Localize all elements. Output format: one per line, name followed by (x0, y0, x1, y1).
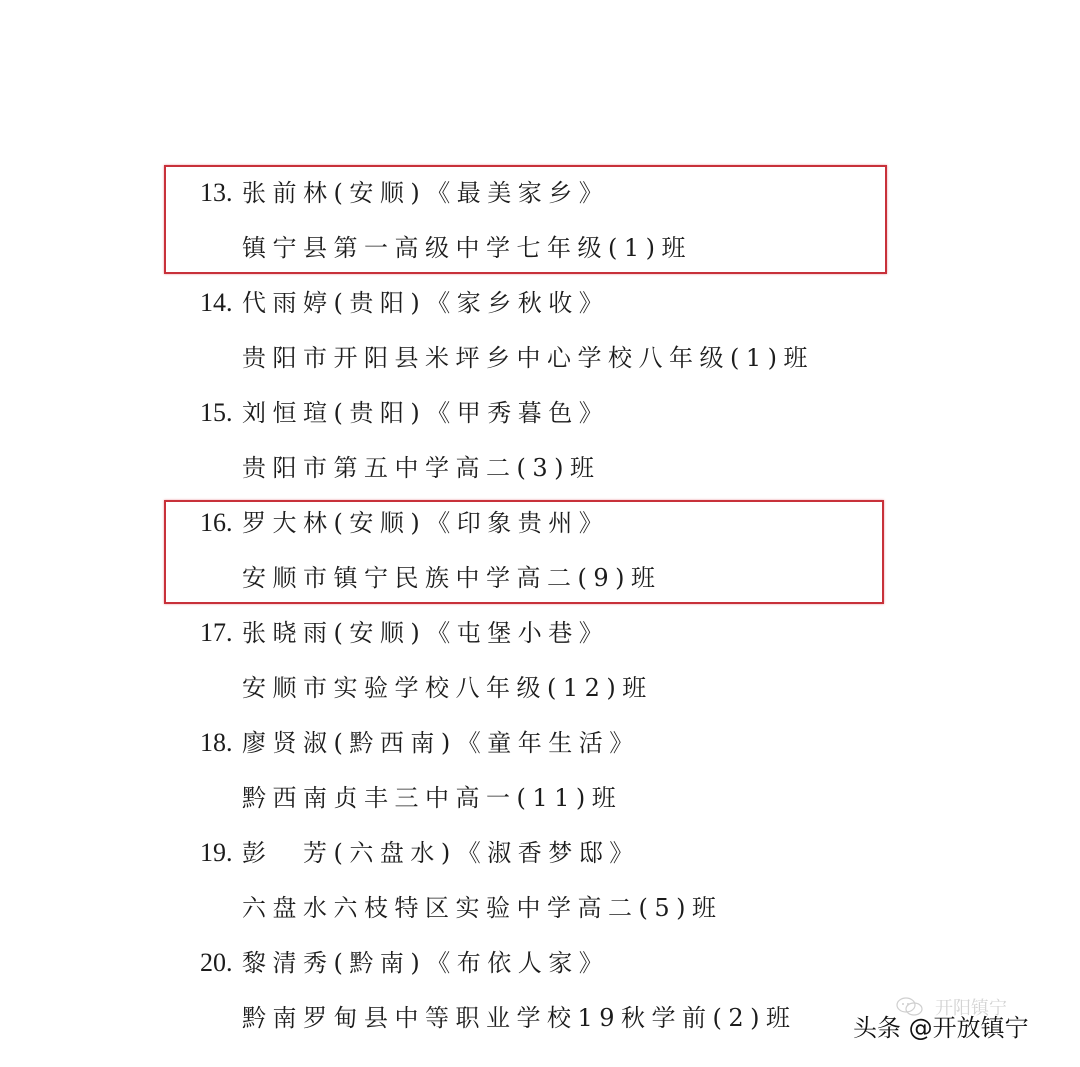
entry-number: 13. (200, 173, 242, 213)
entry-school-line: 六盘水六枝特区实验中学高二(5)班 (242, 888, 723, 928)
entry-number: 15. (200, 393, 242, 433)
entry-school-line: 黔西南贞丰三中高一(11)班 (242, 778, 622, 818)
entry-title: 刘恒瑄(贵阳)《甲秀暮色》 (242, 399, 609, 427)
entry-title: 廖贤淑(黔西南)《童年生活》 (242, 729, 640, 757)
entry-title: 彭 芳(六盘水)《淑香梦邸》 (242, 839, 640, 867)
entry-number: 17. (200, 613, 242, 653)
entry-title: 张晓雨(安顺)《屯堡小巷》 (242, 619, 609, 647)
entry-title-line: 15.刘恒瑄(贵阳)《甲秀暮色》 (200, 393, 609, 433)
entry-number: 20. (200, 943, 242, 983)
toutiao-watermark: 头条 @开放镇宁 (853, 1008, 1029, 1043)
entry-title: 罗大林(安顺)《印象贵州》 (242, 509, 609, 537)
entry-title-line: 17.张晓雨(安顺)《屯堡小巷》 (200, 613, 609, 653)
entry-title: 张前林(安顺)《最美家乡》 (242, 179, 609, 207)
entry-school-line: 黔南罗甸县中等职业学校19秋学前(2)班 (242, 998, 797, 1038)
entry-title-line: 14.代雨婷(贵阳)《家乡秋收》 (200, 283, 609, 323)
entry-title-line: 18.廖贤淑(黔西南)《童年生活》 (200, 723, 640, 763)
entry-number: 19. (200, 833, 242, 873)
entry-number: 18. (200, 723, 242, 763)
entry-school-line: 安顺市实验学校八年级(12)班 (242, 668, 653, 708)
entry-school-line: 安顺市镇宁民族中学高二(9)班 (242, 558, 662, 598)
entry-title: 黎清秀(黔南)《布依人家》 (242, 949, 609, 977)
entry-title-line: 16.罗大林(安顺)《印象贵州》 (200, 503, 609, 543)
entry-school-line: 贵阳市第五中学高二(3)班 (242, 448, 601, 488)
entry-title-line: 20.黎清秀(黔南)《布依人家》 (200, 943, 609, 983)
entry-title-line: 13.张前林(安顺)《最美家乡》 (200, 173, 609, 213)
entry-school-line: 镇宁县第一高级中学七年级(1)班 (242, 228, 692, 268)
document-page: 13.张前林(安顺)《最美家乡》 镇宁县第一高级中学七年级(1)班 14.代雨婷… (0, 0, 1080, 1067)
entry-number: 16. (200, 503, 242, 543)
entry-number: 14. (200, 283, 242, 323)
entry-school-line: 贵阳市开阳县米坪乡中心学校八年级(1)班 (242, 338, 814, 378)
entry-title-line: 19.彭 芳(六盘水)《淑香梦邸》 (200, 833, 640, 873)
entry-title: 代雨婷(贵阳)《家乡秋收》 (242, 289, 609, 317)
